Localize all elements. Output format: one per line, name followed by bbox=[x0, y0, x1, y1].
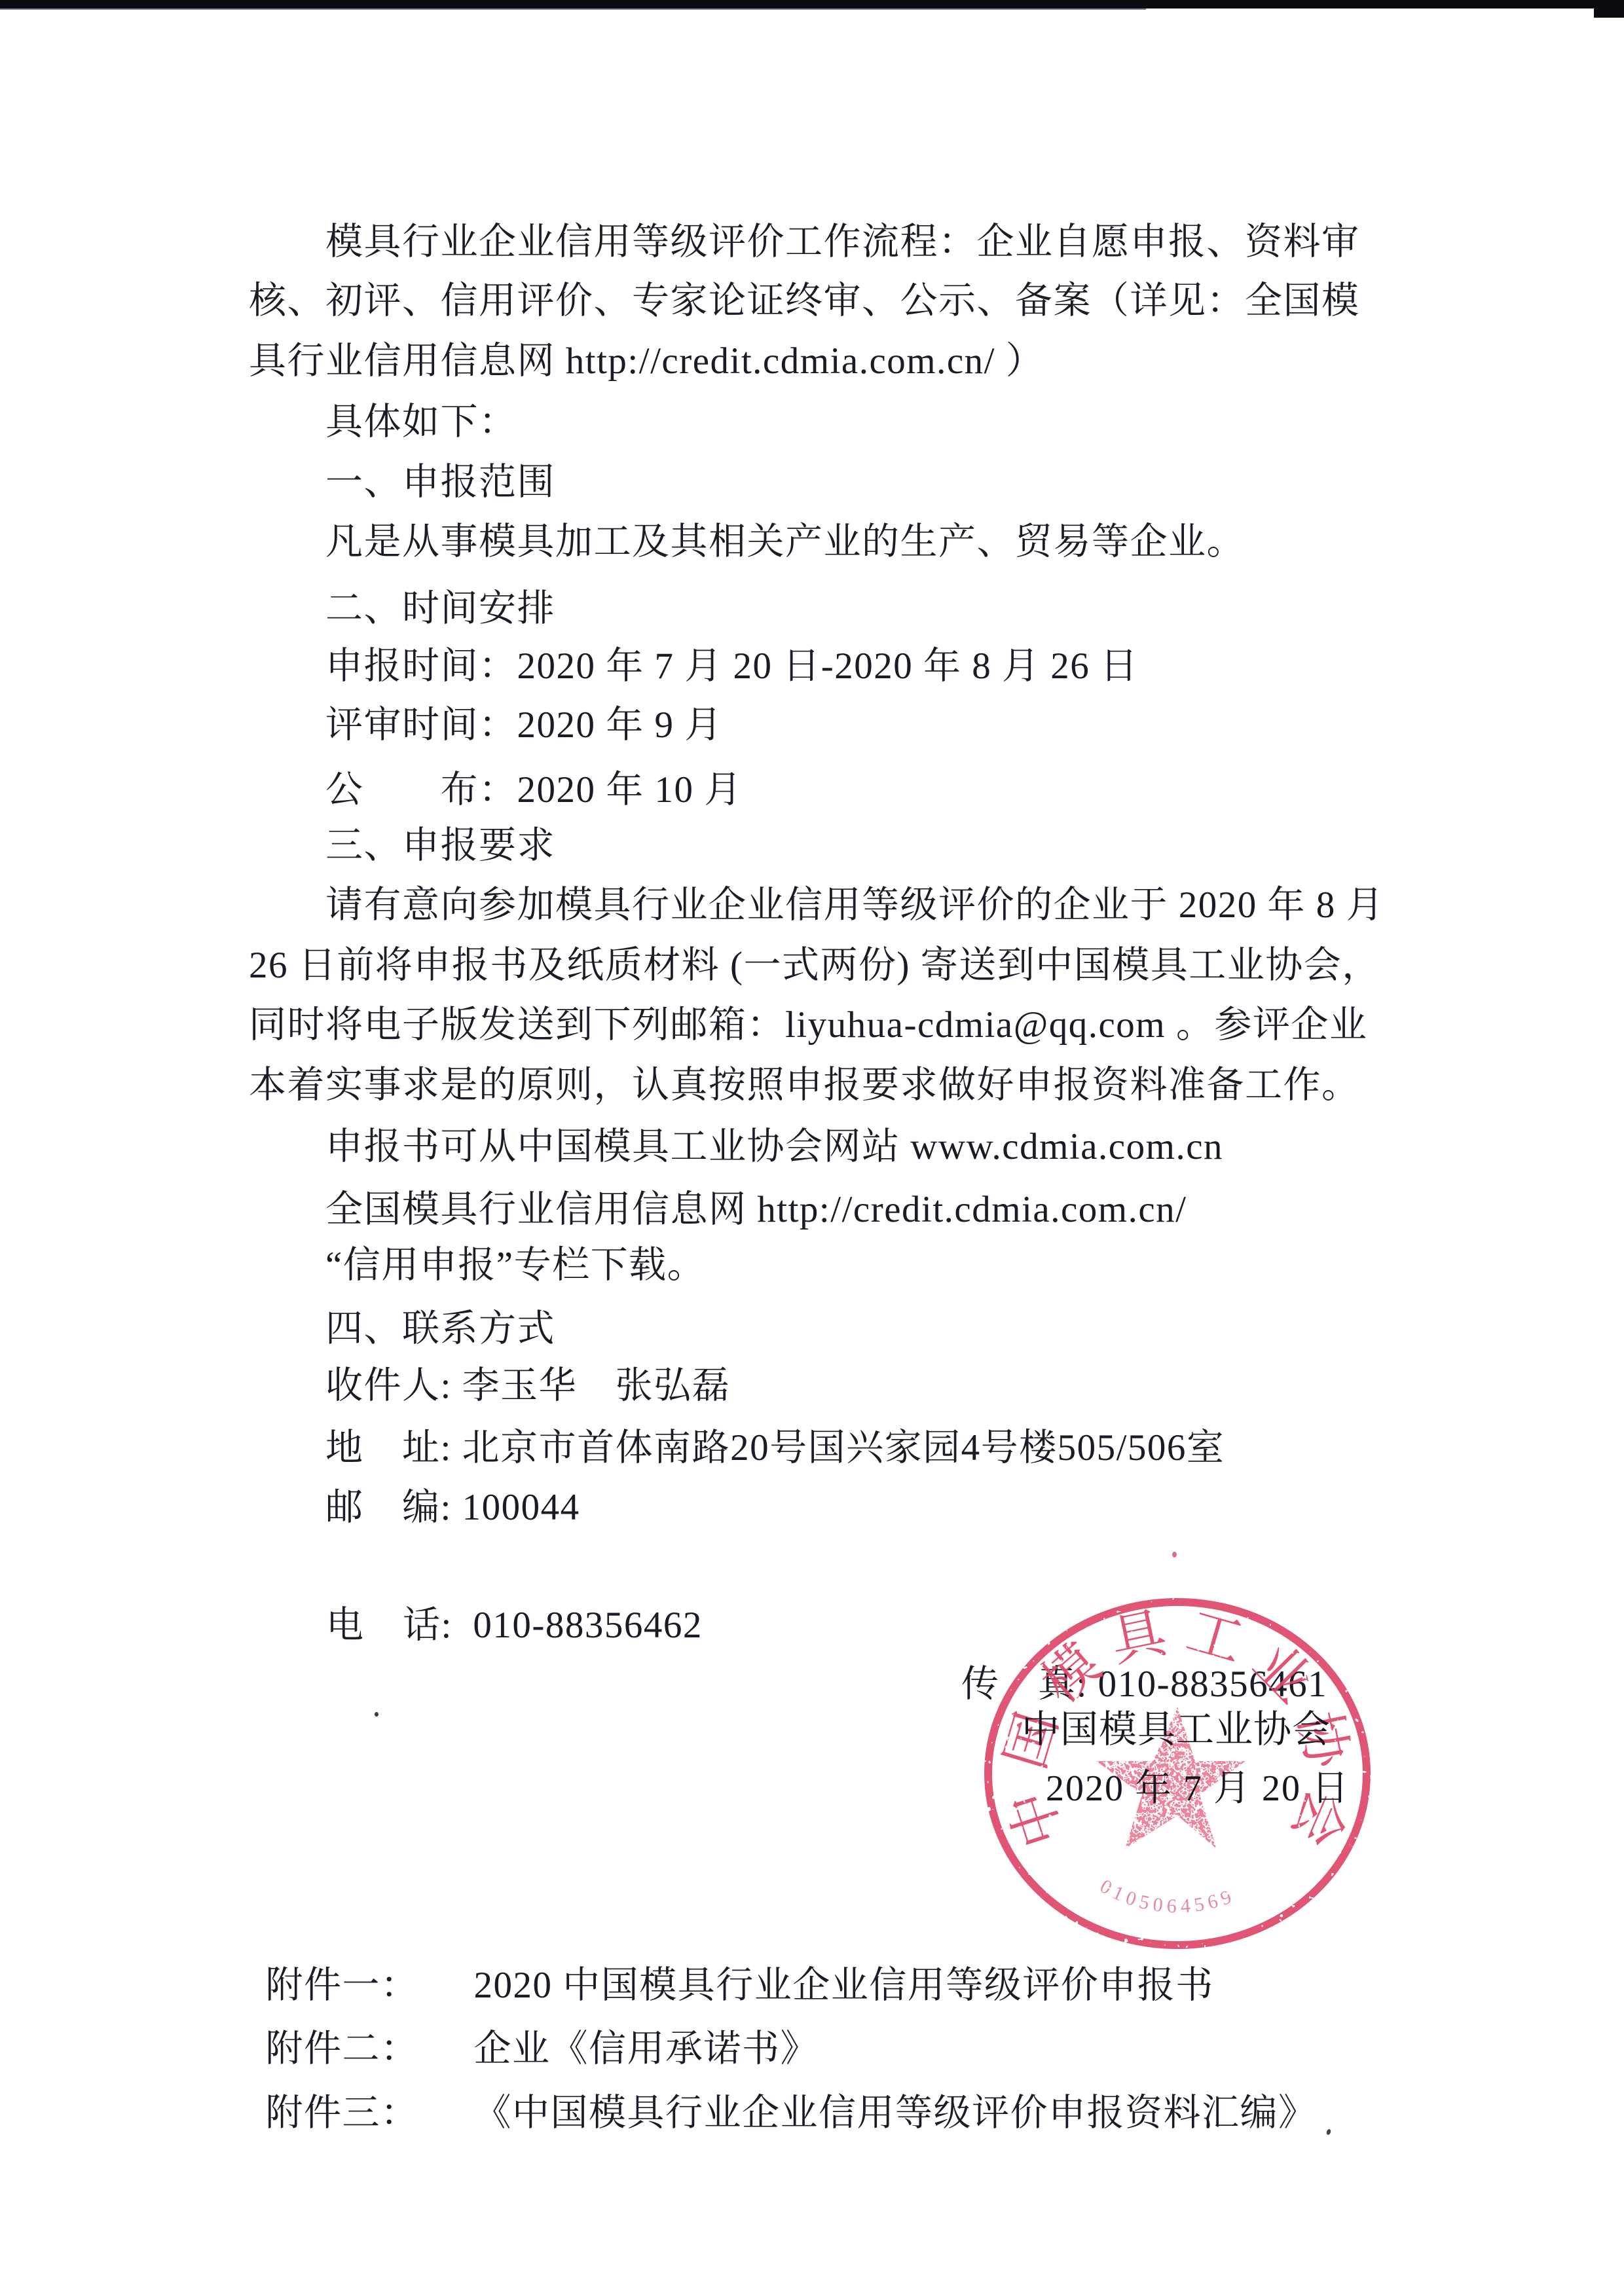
doc-line-email: 同时将电子版发送到下列邮箱：liyuhua-cdmia@qq.com 。参评企业 bbox=[249, 996, 1367, 1055]
doc-line-section-3: 三、申报要求 bbox=[249, 816, 555, 875]
doc-line-section-2: 二、时间安排 bbox=[249, 579, 555, 638]
seal-date: 2020 年 7 月 20 日 bbox=[1046, 1769, 1350, 1808]
seal-org-name: 中国模具工业协会 bbox=[1022, 1710, 1331, 1749]
scanned-notice-page: { "colors": { "ink": "#1b1b28", "stamp_r… bbox=[0, 0, 1624, 2296]
attachment-label: 附件三： bbox=[266, 2083, 474, 2143]
doc-line: 模具行业企业信用等级评价工作流程：企业自愿申报、资料审 bbox=[249, 213, 1360, 272]
doc-line-zipcode: 邮 编: 100044 bbox=[249, 1478, 580, 1537]
doc-line: 具行业信用信息网 http://credit.cdmia.com.cn/ ） bbox=[249, 332, 1044, 391]
doc-line-publish-time: 公 布：2020 年 10 月 bbox=[249, 761, 743, 820]
doc-line: 核、初评、信用评价、专家论证终审、公示、备案（详见：全国模 bbox=[249, 272, 1360, 331]
phone-number: 电 话: 010-88356462 bbox=[326, 1596, 703, 1655]
contact-row: 电 话: 010-88356462 传 真: 010-88356461 bbox=[0, 1537, 1624, 1596]
doc-line: 本着实事求是的原则，认真按照申报要求做好申报资料准备工作。 bbox=[249, 1056, 1360, 1115]
doc-line: 具体如下： bbox=[249, 393, 517, 452]
doc-line-section-4: 四、联系方式 bbox=[249, 1300, 555, 1358]
doc-line-address: 地 址: 北京市首体南路20号国兴家园4号楼505/506室 bbox=[249, 1419, 1225, 1478]
scan-edge-notch bbox=[1594, 0, 1624, 18]
stamp-ink-speck bbox=[1172, 1552, 1177, 1558]
attachment-row-2: 附件二：企业《信用承诺书》 bbox=[245, 1959, 819, 2019]
doc-line-credit-site: 全国模具行业信用信息网 http://credit.cdmia.com.cn/ bbox=[249, 1180, 1187, 1239]
scan-edge-strip bbox=[0, 0, 1624, 9]
attachment-row-1: 附件一：2020 中国模具行业企业信用等级评价申报书 bbox=[245, 1895, 1214, 1956]
doc-line-section-1: 一、申报范围 bbox=[249, 453, 555, 512]
doc-line-apply-time: 申报时间：2020 年 7 月 20 日-2020 年 8 月 26 日 bbox=[249, 637, 1138, 696]
doc-line-review-time: 评审时间：2020 年 9 月 bbox=[249, 696, 723, 755]
attachment-row-3: 附件三：《中国模具行业企业信用等级评价申报资料汇编》 bbox=[245, 2023, 1317, 2083]
doc-line-association-site: 申报书可从中国模具工业协会网站 www.cdmia.com.cn bbox=[249, 1118, 1223, 1176]
doc-line: 凡是从事模具加工及其相关产业的生产、贸易等企业。 bbox=[249, 513, 1245, 572]
doc-line-recipient: 收件人: 李玉华 张弘磊 bbox=[249, 1357, 730, 1415]
scan-speck bbox=[1326, 2128, 1331, 2135]
attachment-title: 《中国模具行业企业信用等级评价申报资料汇编》 bbox=[474, 2092, 1317, 2134]
doc-line: “信用申报”专栏下载。 bbox=[249, 1236, 705, 1295]
scan-speck bbox=[375, 1712, 378, 1717]
doc-line: 请有意向参加模具行业企业信用等级评价的企业于 2020 年 8 月 bbox=[249, 876, 1384, 935]
doc-line: 26 日前将申报书及纸质材料 (一式两份) 寄送到中国模具工业协会， bbox=[249, 936, 1380, 995]
scan-edge-line bbox=[0, 9, 1146, 10]
